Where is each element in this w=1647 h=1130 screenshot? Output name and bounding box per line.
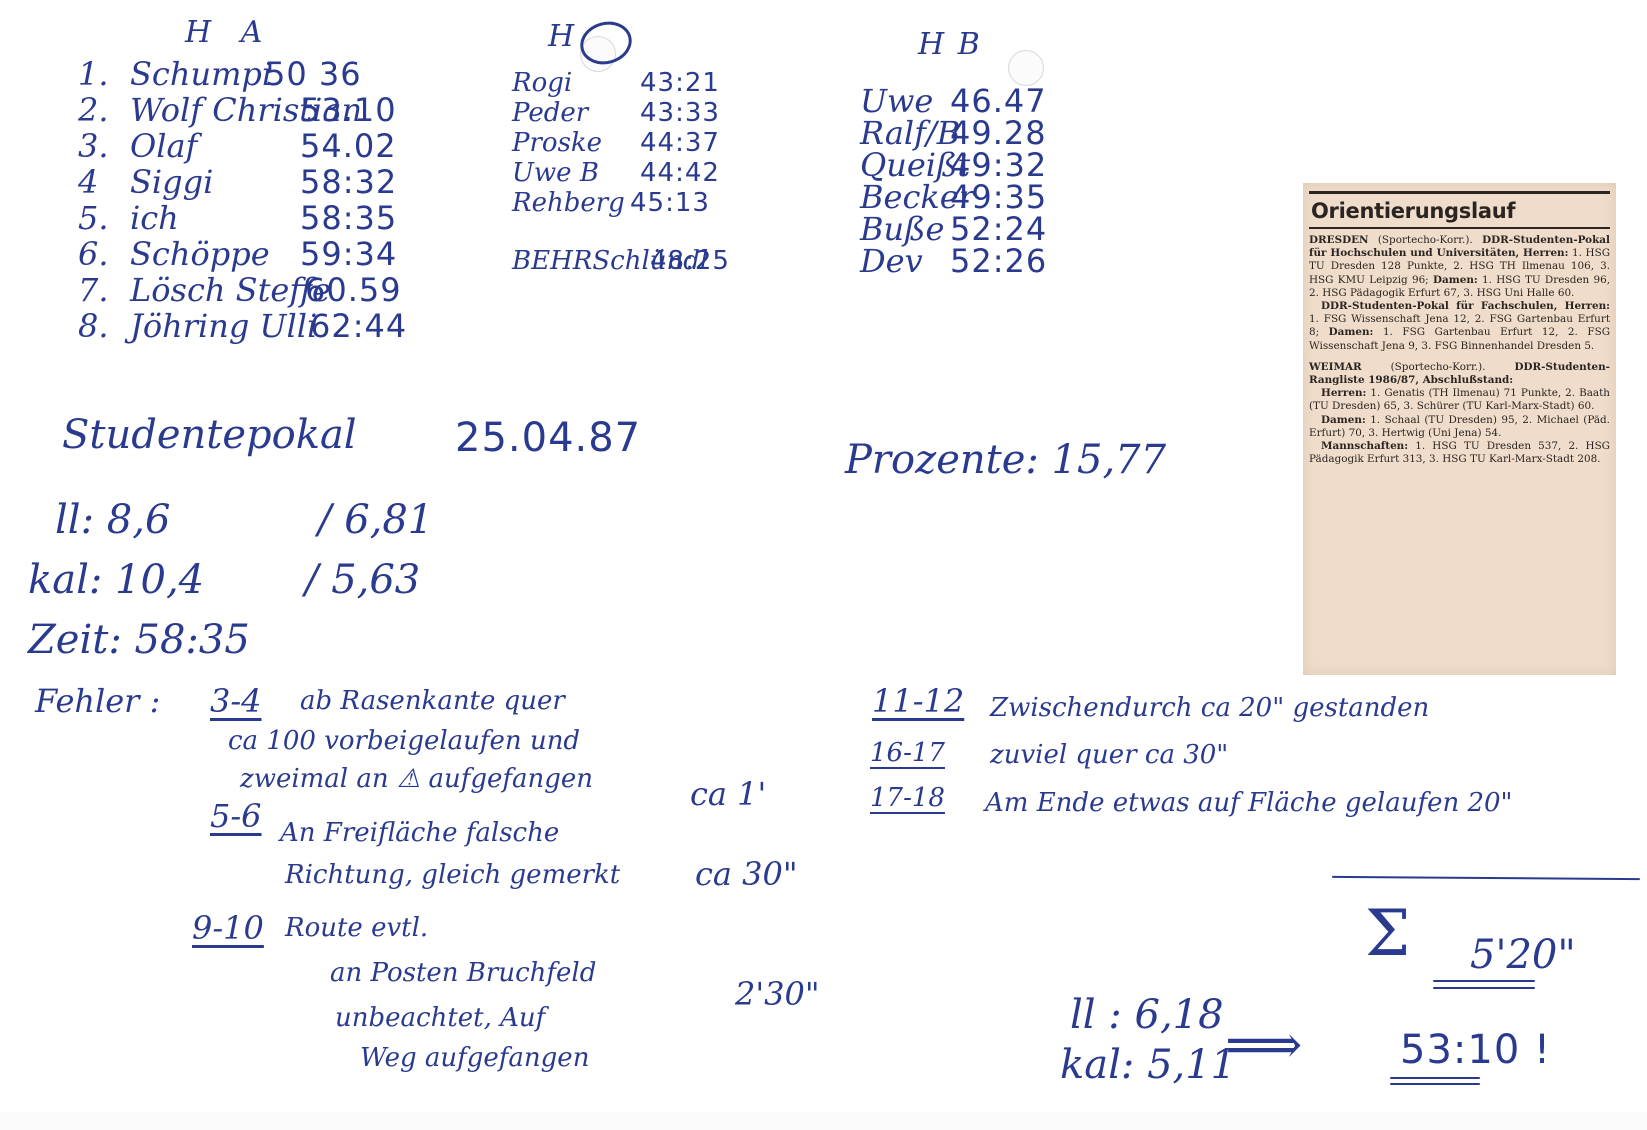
newspaper-clipping: Orientierungslauf DRESDEN (Sportecho-Kor… <box>1303 183 1616 675</box>
result-name: Buße <box>860 213 944 245</box>
error-text: ca 100 vorbeigelaufen und <box>228 728 580 754</box>
error-cost: ca 1' <box>690 778 766 810</box>
result-name: Rogi <box>512 70 572 96</box>
result-name: Lösch Steffe <box>130 274 331 306</box>
result-time: 54.02 <box>300 130 397 162</box>
column-heading-ha: H A <box>185 18 272 48</box>
result-name: Schöppe <box>130 238 270 270</box>
column-heading-h: H <box>548 22 584 52</box>
error-cost: ca 30" <box>695 858 798 890</box>
corrected-real: kal: 5,11 <box>1060 1045 1236 1085</box>
clipping-paragraph: DRESDEN (Sportecho-Korr.). DDR-Studenten… <box>1309 234 1610 300</box>
scan-margin <box>0 1112 1647 1130</box>
result-rank: 5. <box>78 202 109 234</box>
result-time: 49:32 <box>950 149 1047 181</box>
error-leg: 11-12 <box>872 685 964 717</box>
result-time: 45:13 <box>630 190 710 216</box>
result-time: 58:32 <box>300 166 397 198</box>
underline <box>1433 980 1535 982</box>
result-time: 50 36 <box>265 58 362 90</box>
column-heading-hb: H B <box>918 30 982 60</box>
result-name: Ralf/B <box>860 117 960 149</box>
result-time: 59:34 <box>300 238 397 270</box>
result-rank: 2. <box>78 94 109 126</box>
clipping-headline: Orientierungslauf <box>1309 194 1610 227</box>
error-text: zweimal an ⚠ aufgefangen <box>240 766 593 792</box>
clipping-paragraph: Mannschaften: 1. HSG TU Dresden 537, 2. … <box>1309 440 1610 466</box>
error-text: Zwischendurch ca 20" gestanden <box>990 695 1429 721</box>
error-text: an Posten Bruchfeld <box>330 960 596 986</box>
error-text: An Freifläche falsche <box>280 820 559 846</box>
clipping-paragraph: WEIMAR (Sportecho-Korr.). DDR-Studenten-… <box>1309 361 1610 387</box>
underline <box>1390 1083 1480 1085</box>
total-time-lost: 5'20" <box>1470 935 1576 975</box>
real-distance: kal: 10,4 <box>28 560 204 600</box>
percent-behind: Prozente: 15,77 <box>845 440 1166 480</box>
result-rank: 1. <box>78 58 109 90</box>
error-leg: 16-17 <box>870 740 945 766</box>
real-pace: / 5,63 <box>305 560 420 600</box>
event-date: 25.04.87 <box>455 418 641 458</box>
underline <box>1390 1077 1480 1079</box>
result-time: 52:24 <box>950 213 1047 245</box>
error-text: Richtung, gleich gemerkt <box>285 862 620 888</box>
result-rank: 3. <box>78 130 109 162</box>
error-leg: 17-18 <box>870 785 945 811</box>
underline <box>1433 987 1535 989</box>
error-cost: 2'30" <box>735 978 820 1010</box>
result-name: Jöhring Ulli <box>130 310 317 342</box>
error-text: Am Ende etwas auf Fläche gelaufen 20" <box>985 790 1513 816</box>
result-name: Rehberg <box>512 190 625 216</box>
result-rank: 4 <box>78 166 98 198</box>
error-text: ab Rasenkante quer <box>300 688 565 714</box>
result-rank: 7. <box>78 274 109 306</box>
clipping-paragraph: DDR-Studenten-Pokal für Fachschulen, Her… <box>1309 300 1610 353</box>
run-time: Zeit: 58:35 <box>28 620 250 660</box>
punch-hole <box>1008 50 1044 86</box>
errors-label: Fehler : <box>35 685 160 717</box>
clipping-paragraph: Herren: 1. Genatis (TH Ilmenau) 71 Punkt… <box>1309 387 1610 413</box>
sigma-symbol: Σ <box>1365 902 1410 966</box>
result-time: 43:21 <box>640 70 720 96</box>
result-time: 49.28 <box>950 117 1047 149</box>
result-time: 62:44 <box>310 310 407 342</box>
result-rank: 6. <box>78 238 109 270</box>
corrected-ideal: ll : 6,18 <box>1070 995 1224 1035</box>
result-name: Uwe B <box>512 160 599 186</box>
result-time: 43:33 <box>640 100 720 126</box>
error-leg: 5-6 <box>210 800 262 832</box>
arrow-icon: ⟹ <box>1225 1018 1302 1072</box>
error-text: zuviel quer ca 30" <box>990 742 1228 768</box>
ideal-pace: / 6,81 <box>318 500 433 540</box>
error-leg: 3-4 <box>210 685 262 717</box>
result-name: Peder <box>512 100 588 126</box>
error-text: Route evtl. <box>285 915 428 941</box>
result-name: Dev <box>860 245 923 277</box>
clipping-paragraph: Damen: 1. Schaal (TU Dresden) 95, 2. Mic… <box>1309 414 1610 440</box>
potential-time: 53:10 ! <box>1400 1030 1551 1070</box>
result-time: 58:35 <box>300 202 397 234</box>
result-time: 44:42 <box>640 160 720 186</box>
result-time: 60.59 <box>305 274 402 306</box>
result-name: ich <box>130 202 179 234</box>
result-time: 46.47 <box>950 85 1047 117</box>
error-text: Weg aufgefangen <box>360 1045 589 1071</box>
ideal-distance: ll: 8,6 <box>55 500 170 540</box>
result-time: 53.10 <box>300 94 397 126</box>
event-title: Studentepokal <box>62 415 357 455</box>
result-time: 52:26 <box>950 245 1047 277</box>
result-name: Schumpi <box>130 58 272 90</box>
result-rank: 8. <box>78 310 109 342</box>
clipping-rule <box>1309 227 1610 229</box>
result-name: Olaf <box>130 130 197 162</box>
result-time: 44:37 <box>640 130 720 156</box>
error-text: unbeachtet, Auf <box>335 1005 545 1031</box>
result-name: Siggi <box>130 166 213 198</box>
result-time: 48:25 <box>650 248 730 274</box>
error-leg: 9-10 <box>192 912 264 944</box>
result-name: Uwe <box>860 85 933 117</box>
result-name: Proske <box>512 130 602 156</box>
result-time: 49:35 <box>950 181 1047 213</box>
